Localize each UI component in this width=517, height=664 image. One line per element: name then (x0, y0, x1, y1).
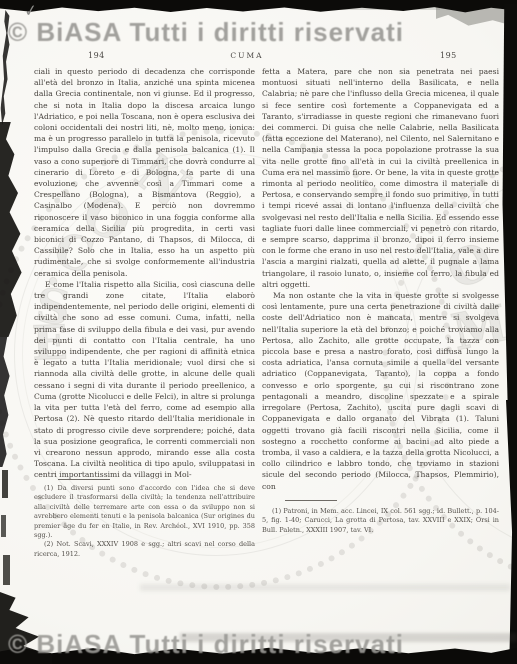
page-number-right: 195 (440, 51, 457, 60)
biasa-watermark-bottom: © BiASA Tutti i diritti riservati (8, 629, 404, 660)
paragraph: ciali in questo periodo di decadenza che… (34, 66, 255, 279)
footnote: (1) Patroni, in Mem. acc. Lincei, IX col… (262, 507, 499, 535)
paragraph: fetta a Matera, pare che non sia penetra… (262, 66, 499, 290)
footnote: (1) Da diversi punti sono d'accordo con … (34, 484, 255, 540)
scan-shade-lower (140, 584, 510, 591)
scan-mark-left (1, 515, 6, 537)
running-title: CUMA (0, 51, 494, 60)
footnote-separator-right (285, 500, 337, 501)
scan-mark-left (3, 555, 10, 585)
biasa-watermark-top: © BiASA Tutti i diritti riservati (8, 17, 404, 48)
text-column-right: fetta a Matera, pare che non sia penetra… (262, 66, 499, 492)
paragraph: E come l'Italia rispetto alla Sicilia, c… (34, 279, 255, 480)
footnote: (2) Not. Scavi, XXXIV 1908 e sgg.; altri… (34, 540, 255, 558)
scanned-book-page: N O C · S E O M © BiASA Tutti i diritti … (0, 0, 517, 664)
pen-check-mark: ✓ (23, 0, 39, 21)
text-column-left: ciali in questo periodo di decadenza che… (34, 66, 255, 480)
scan-mark-left (2, 470, 8, 498)
footnotes-right: (1) Patroni, in Mem. acc. Lincei, IX col… (262, 507, 499, 549)
paragraph: Ma non ostante che la vita in queste gro… (262, 290, 499, 492)
footnote-separator-left (58, 479, 110, 480)
footnotes-left: (1) Da diversi punti sono d'accordo con … (34, 484, 255, 558)
